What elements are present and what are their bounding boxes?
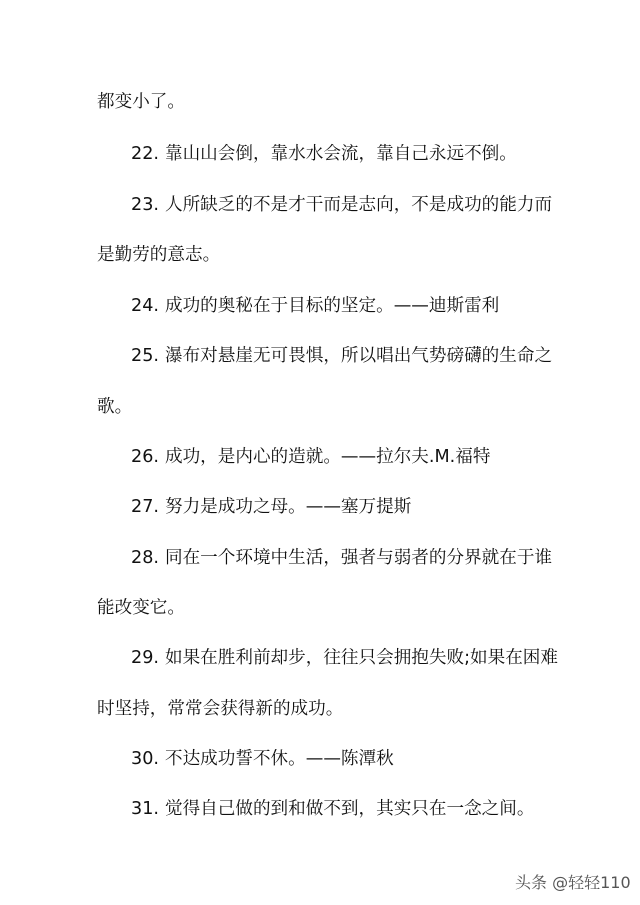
item-number: 31. bbox=[131, 796, 159, 822]
item-number: 24. bbox=[131, 293, 159, 319]
quote-item-25: 25.瀑布对悬崖无可畏惧，所以唱出气势磅礴的生命之 bbox=[131, 343, 591, 369]
line-text: 如果在胜利前却步，往往只会拥抱失败;如果在困难 bbox=[165, 648, 558, 668]
item-number: 22. bbox=[131, 141, 159, 167]
line-text: 都变小了。 bbox=[97, 92, 185, 112]
line-text: 歌。 bbox=[97, 397, 132, 417]
item-number: 23. bbox=[131, 192, 159, 218]
quote-item-22: 22.靠山山会倒，靠水水会流，靠自己永远不倒。 bbox=[131, 141, 591, 167]
quote-item-23: 23.人所缺乏的不是才干而是志向，不是成功的能力而 bbox=[131, 192, 591, 218]
line-text: 成功的奥秘在于目标的坚定。——迪斯雷利 bbox=[165, 296, 499, 316]
line-text: 是勤劳的意志。 bbox=[97, 245, 220, 265]
line-text: 努力是成功之母。——塞万提斯 bbox=[165, 497, 411, 517]
quote-item-30: 30.不达成功誓不休。——陈潭秋 bbox=[131, 746, 591, 772]
item-number: 29. bbox=[131, 645, 159, 671]
line-text: 不达成功誓不休。——陈潭秋 bbox=[165, 749, 394, 769]
quote-item-31: 31.觉得自己做的到和做不到，其实只在一念之间。 bbox=[131, 796, 591, 822]
text-line-continuation: 是勤劳的意志。 bbox=[97, 242, 557, 268]
quote-item-28: 28.同在一个环境中生活，强者与弱者的分界就在于谁 bbox=[131, 545, 591, 571]
text-line-continuation: 都变小了。 bbox=[97, 89, 557, 115]
line-text: 瀑布对悬崖无可畏惧，所以唱出气势磅礴的生命之 bbox=[165, 346, 552, 366]
item-number: 26. bbox=[131, 444, 159, 470]
text-line-continuation: 时坚持，常常会获得新的成功。 bbox=[97, 696, 557, 722]
item-number: 25. bbox=[131, 343, 159, 369]
item-number: 27. bbox=[131, 494, 159, 520]
line-text: 同在一个环境中生活，强者与弱者的分界就在于谁 bbox=[165, 548, 552, 568]
line-text: 靠山山会倒，靠水水会流，靠自己永远不倒。 bbox=[165, 144, 517, 164]
text-line-continuation: 歌。 bbox=[97, 394, 557, 420]
item-number: 30. bbox=[131, 746, 159, 772]
quote-item-26: 26.成功，是内心的造就。——拉尔夫.M.福特 bbox=[131, 444, 591, 470]
line-text: 成功，是内心的造就。——拉尔夫.M.福特 bbox=[165, 447, 490, 467]
quote-item-29: 29.如果在胜利前却步，往往只会拥抱失败;如果在困难 bbox=[131, 645, 591, 671]
line-text: 时坚持，常常会获得新的成功。 bbox=[97, 699, 343, 719]
document-page: 都变小了。 22.靠山山会倒，靠水水会流，靠自己永远不倒。 23.人所缺乏的不是… bbox=[0, 0, 640, 905]
watermark: 头条 @轻轻110 bbox=[515, 870, 631, 893]
quote-item-27: 27.努力是成功之母。——塞万提斯 bbox=[131, 494, 591, 520]
quote-item-24: 24.成功的奥秘在于目标的坚定。——迪斯雷利 bbox=[131, 293, 591, 319]
line-text: 能改变它。 bbox=[97, 598, 185, 618]
line-text: 人所缺乏的不是才干而是志向，不是成功的能力而 bbox=[165, 195, 552, 215]
item-number: 28. bbox=[131, 545, 159, 571]
text-line-continuation: 能改变它。 bbox=[97, 595, 557, 621]
line-text: 觉得自己做的到和做不到，其实只在一念之间。 bbox=[165, 799, 534, 819]
